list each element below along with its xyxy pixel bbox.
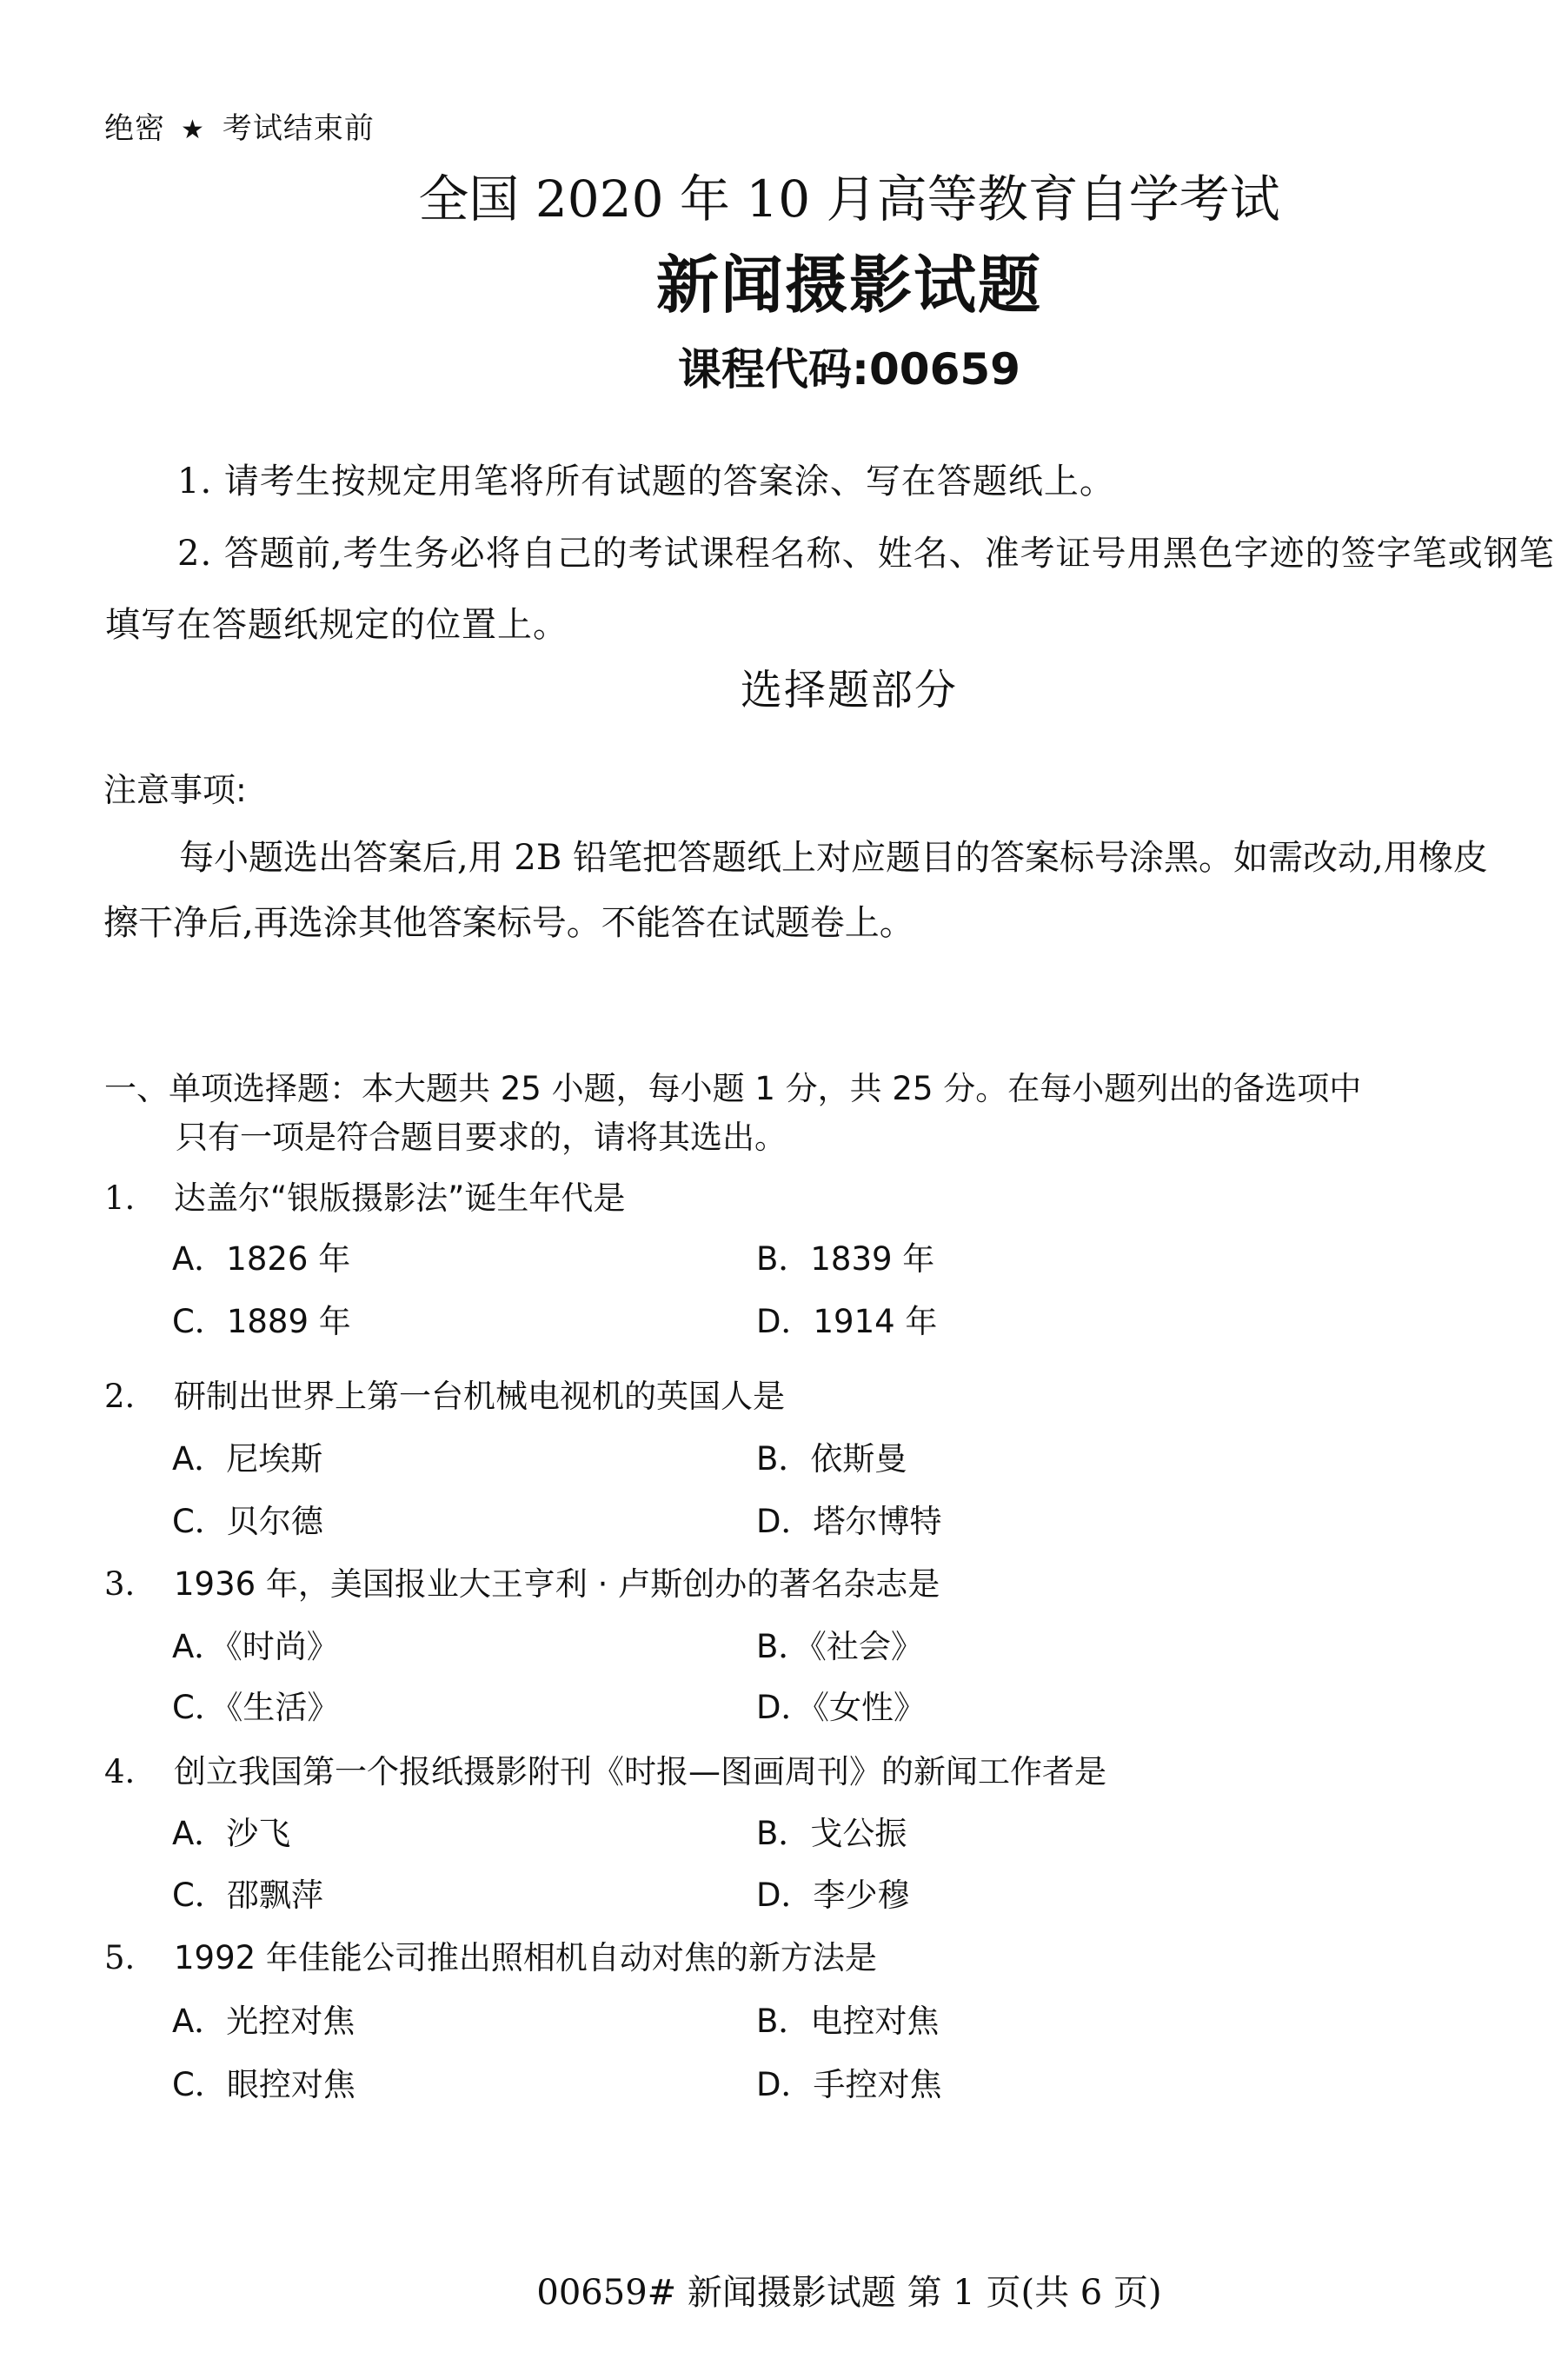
instruction-2: 2. 答题前,考生务必将自己的考试课程名称、姓名、准考证号用黑色字迹的签字笔或钢… [177, 536, 1555, 571]
option-b: B．戈公振 [756, 1817, 907, 1850]
option-a: A．《时尚》 [172, 1631, 339, 1663]
page-footer: 00659# 新闻摄影试题 第 1 页(共 6 页) [0, 2275, 1568, 2310]
option-c: C．邵飘萍 [172, 1879, 323, 1911]
part-one-heading: 一、单项选择题：本大题共 25 小题，每小题 1 分，共 25 分。在每小题列出… [104, 1073, 1361, 1105]
question-number: 4. [104, 1756, 135, 1788]
notes-text-line-1: 每小题选出答案后,用 2B 铅笔把答题纸上对应题目的答案标号涂黑。如需改动,用橡… [179, 840, 1488, 875]
instruction-2-continued: 填写在答题纸规定的位置上。 [105, 608, 568, 642]
option-d: D．塔尔博特 [756, 1505, 942, 1538]
option-b: B．电控对焦 [756, 2005, 939, 2037]
section-title-choice: 选择题部分 [0, 669, 1568, 711]
question-number: 3. [104, 1568, 135, 1600]
question-number: 1. [104, 1182, 135, 1214]
option-d: D．手控对焦 [756, 2069, 942, 2101]
option-d: D．李少穆 [756, 1879, 910, 1911]
question-text: 达盖尔“银版摄影法”诞生年代是 [174, 1182, 625, 1214]
option-c: C．1889 年 [172, 1305, 351, 1338]
option-a: A．沙飞 [172, 1817, 290, 1850]
option-b: B．依斯曼 [756, 1443, 907, 1475]
paper-title: 新闻摄影试题 [0, 254, 1568, 316]
question-number: 2. [104, 1380, 135, 1412]
notes-label: 注意事项: [103, 774, 247, 807]
confidential-notice: 绝密★考试结束前 [104, 114, 375, 143]
option-c: C．贝尔德 [172, 1505, 323, 1538]
option-a: A．光控对焦 [172, 2005, 355, 2037]
exam-title-line: 全国 2020 年 10 月高等教育自学考试 [0, 174, 1568, 224]
option-c: C．《生活》 [172, 1691, 339, 1724]
option-d: D．《女性》 [756, 1691, 926, 1724]
question-text: 创立我国第一个报纸摄影附刊《时报—图画周刊》的新闻工作者是 [174, 1756, 1106, 1788]
question-number: 5. [104, 1942, 135, 1974]
part-one-heading-continued: 只有一项是符合题目要求的，请将其选出。 [176, 1121, 787, 1153]
question-text: 1992 年佳能公司推出照相机自动对焦的新方法是 [174, 1942, 877, 1974]
before-exam-end-label: 考试结束前 [223, 111, 375, 146]
option-a: A．1826 年 [172, 1243, 350, 1275]
option-b: B．1839 年 [756, 1243, 934, 1275]
option-a: A．尼埃斯 [172, 1443, 322, 1475]
question-text: 研制出世界上第一台机械电视机的英国人是 [174, 1380, 785, 1412]
notes-text-line-2: 擦干净后,再选涂其他答案标号。不能答在试题卷上。 [103, 906, 914, 940]
option-b: B．《社会》 [756, 1631, 923, 1663]
confidential-label: 绝密 [104, 111, 165, 146]
course-code: 课程代码:00659 [0, 348, 1568, 391]
option-d: D．1914 年 [756, 1305, 937, 1338]
star-icon: ★ [181, 115, 205, 145]
question-text: 1936 年，美国报业大王亨利 · 卢斯创办的著名杂志是 [174, 1568, 940, 1600]
option-c: C．眼控对焦 [172, 2069, 355, 2101]
instruction-1: 1. 请考生按规定用笔将所有试题的答案涂、写在答题纸上。 [177, 464, 1115, 499]
